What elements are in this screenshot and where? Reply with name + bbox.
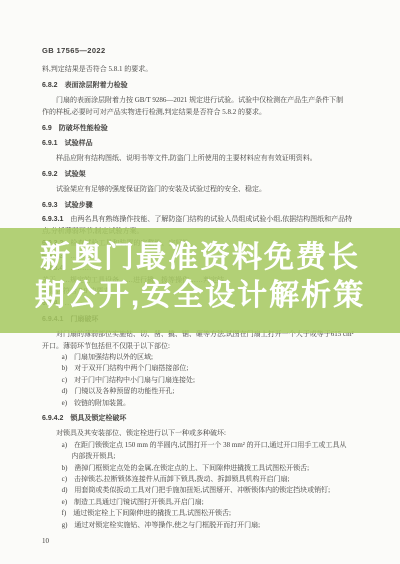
doc-line: 门扇的表面涂层附着力按 GB/T 9286—2021 规定进行试验。试验中仅检测… xyxy=(42,95,370,106)
doc-line: a) 门扇加强结构以外的区域; xyxy=(42,352,370,363)
doc-line: g) 通过对锁定栓实施钻、冲等操作,使之与门框脱开而打开门扇; xyxy=(42,520,370,531)
doc-line: 6.9.3.1 由两名具有熟练操作技能、了解防盗门结构的试验人员组成试验小组,依… xyxy=(42,214,370,225)
doc-line: 内部拨开锁具; xyxy=(42,451,370,462)
promo-text-line-1: 新奥门最准资料免费长 xyxy=(40,239,360,277)
doc-line: b) 对于双开门结构中两个门扇搭接部位; xyxy=(42,363,370,374)
doc-line: 试验架应有足够的强度保证防盗门的安装及试验过程的安全、稳定。 xyxy=(42,184,370,195)
doc-line: 6.9.3 试验步骤 xyxy=(42,200,370,211)
doc-line: 作的样板,必要时可对产品实物进行检测,判定结果是否符合 5.8.2 的要求。 xyxy=(42,107,370,118)
promo-text-line-2: 期公开,安全设计解析策 xyxy=(35,277,365,315)
doc-line: d) 门镜以及各种预留的功能性开孔; xyxy=(42,386,370,397)
doc-line: e) 制造工具通过门镜试图打开锁具,开启门扇; xyxy=(42,497,370,508)
doc-line: c) 对于门中门结构中小门扇与门扇连接处; xyxy=(42,375,370,386)
doc-line: 对锁具及其安装部位、锁定栓进行以下一种或多种破坏: xyxy=(42,428,370,439)
doc-line: 6.9.4.2 锁具及锁定栓破坏 xyxy=(42,413,370,424)
doc-line: f) 通过锁定栓上下间隙伸进的撬拨工具,试图松开锁舌; xyxy=(42,508,370,519)
screenshot-root: { "page": { "standard_number": "GB 17565… xyxy=(0,0,400,564)
doc-line: 开口。薄弱环节包括但不仅限于以下部位: xyxy=(42,341,370,352)
doc-line: 料,判定结果是否符合 5.8.1 的要求。 xyxy=(42,64,370,75)
doc-line: 样品应附有结构图纸、说明书等文件,防盗门上所使用的主要材料应有有效证明资料。 xyxy=(42,153,370,164)
promo-overlay-banner: 新奥门最准资料免费长 期公开,安全设计解析策 xyxy=(0,228,400,333)
doc-line: 6.8.2 表面涂层附着力检验 xyxy=(42,80,370,91)
doc-line: b) 凿掉门框锁定点处的金属,在锁定点的上、下间隙伸进撬拨工具试图松开锁舌; xyxy=(42,463,370,474)
doc-line: a) 在距门锁锁定点 150 mm 的半圆内,试图打开一个 38 mm² 的开口… xyxy=(42,440,370,451)
doc-line: 6.9.1 试验样品 xyxy=(42,138,370,149)
doc-line: 6.9 防破坏性能检验 xyxy=(42,123,370,134)
doc-line: 6.9.2 试验架 xyxy=(42,169,370,180)
doc-line: d) 用套筒或类似扳动工具对门把手施加扭矩,试图掰开、冲断锁体内的锁定挡块或销钉… xyxy=(42,485,370,496)
doc-line: e) 铰链的附加装置。 xyxy=(42,398,370,409)
doc-line: c) 击掉锁芯,拉断锁体连接件从而卸下锁具,拨动、拆卸锁具机构开启门扇; xyxy=(42,474,370,485)
standard-number: GB 17565—2022 xyxy=(42,45,370,56)
page-number: 10 xyxy=(42,536,370,547)
